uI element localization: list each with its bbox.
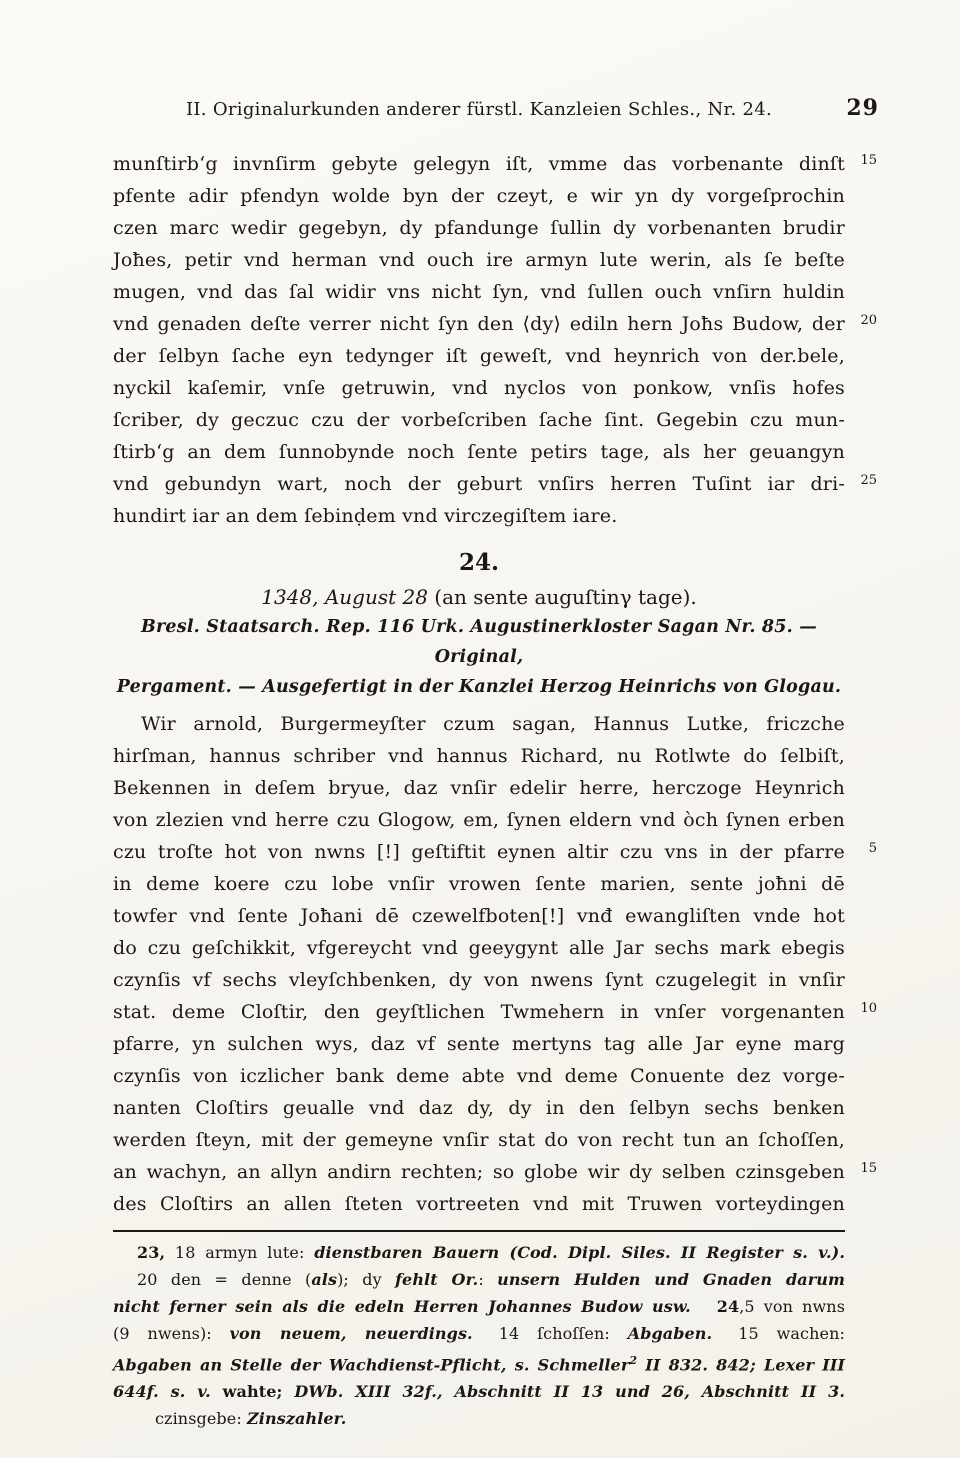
- date-roman: (an sente auguſtinγ tage).: [428, 585, 697, 609]
- provenance-line: Pergament. — Ausgefertigt in der Kanzlei…: [113, 672, 845, 702]
- line-text: in deme koere czu lobe vnſir vrowen ſent…: [113, 873, 845, 895]
- text-line: czu troſte hot von nwns [!] geſtiftit ey…: [113, 836, 845, 868]
- footnote-line: (9 nwens): von neuem, neuerdings.14 ſcho…: [113, 1320, 845, 1347]
- document-24: 24. 1348, August 28 (an sente auguſtinγ …: [113, 548, 845, 1220]
- line-text: ſcriber, dy geczuc czu der vorbeſcriben …: [113, 409, 845, 431]
- text-line: an wachyn, an allyn andirn rechten; so g…: [113, 1156, 845, 1188]
- text-line: czynſis vf sechs vleyſchbenken, dy von n…: [113, 964, 845, 996]
- line-text: mugen, vnd das ſal widir vns nicht ſyn, …: [113, 281, 845, 303]
- text-line: vnd genaden deſte verrer nicht ſyn den ⟨…: [113, 308, 845, 340]
- line-text: stat. deme Cloſtir, den geyſtlichen Twme…: [113, 1001, 845, 1023]
- footnote-line: 23, 18 armyn lute: dienstbaren Bauern (C…: [113, 1239, 845, 1266]
- superscript-edition-number: 2: [629, 1354, 637, 1367]
- line-text: ſtirb‘g an dem ſunnobynde noch ſente pet…: [113, 441, 845, 463]
- footnote-text: ); dy: [337, 1270, 395, 1289]
- date-italic: 1348, August 28: [261, 585, 428, 609]
- line-text: des Cloſtirs an allen ſteten vortreeten …: [113, 1193, 845, 1215]
- footnote-text: 15 wachen:: [738, 1324, 845, 1343]
- footnote-line: 644f. s. v. wahte; DWb. XIII 32f., Absch…: [113, 1378, 845, 1405]
- footnote-rule: [113, 1230, 845, 1232]
- text-line: Wir arnold, Burgermeyſter czum sagan, Ha…: [113, 708, 845, 740]
- line-text: Joħes, petir vnd herman vnd ouch ire arm…: [113, 249, 845, 271]
- footnote-text: 18 armyn lute:: [165, 1243, 314, 1262]
- footnote-gloss: als: [311, 1270, 337, 1289]
- margin-line-number: 15: [860, 154, 877, 167]
- footnote-text: (9 nwens):: [113, 1324, 230, 1343]
- margin-line-number: 25: [860, 474, 877, 487]
- line-text: werden ſteyn, mit der gemeyne vnſir stat…: [113, 1129, 845, 1151]
- text-line: munſtirb‘g invnſirm gebyte gelegyn iſt, …: [113, 148, 845, 180]
- footnote-text: czinsgebe:: [155, 1409, 247, 1428]
- footnote-gloss: unsern Hulden und Gnaden darum: [497, 1270, 845, 1289]
- footnote-line: Abgaben an Stelle der Wachdienst-Pflicht…: [113, 1347, 845, 1378]
- text-line: des Cloſtirs an allen ſteten vortreeten …: [113, 1188, 845, 1220]
- footnote-text: ,5 von nwns: [739, 1297, 845, 1316]
- margin-line-number: 5: [869, 842, 877, 855]
- text-line: der ſelbyn ſache eyn tedynger iſt geweſt…: [113, 340, 845, 372]
- document-23-continuation: munſtirb‘g invnſirm gebyte gelegyn iſt, …: [113, 148, 845, 532]
- scanned-book-page: II. Originalurkunden anderer fürstl. Kan…: [0, 0, 960, 1458]
- text-line: ſtirb‘g an dem ſunnobynde noch ſente pet…: [113, 436, 845, 468]
- footnote-gloss: Zinszahler.: [247, 1409, 346, 1428]
- footnote-line: czinsgebe: Zinszahler.: [113, 1405, 845, 1432]
- text-line: stat. deme Cloſtir, den geyſtlichen Twme…: [113, 996, 845, 1028]
- line-text: do czu geſchikkit, vfgereycht vnd geeygy…: [113, 937, 845, 959]
- text-line: pfente adir pfendyn wolde byn der czeyt,…: [113, 180, 845, 212]
- footnote-gloss: Abgaben.: [628, 1324, 713, 1343]
- line-text: an wachyn, an allyn andirn rechten; so g…: [113, 1161, 845, 1183]
- text-line: Bekennen in deſem bryue, daz vnſir edeli…: [113, 772, 845, 804]
- line-text: vnd gebundyn wart, noch der geburt vnſir…: [113, 473, 845, 495]
- running-header-title: II. Originalurkunden anderer fürstl. Kan…: [186, 99, 772, 120]
- footnote-text: 20 den = denne (: [137, 1270, 311, 1289]
- text-line: pfarre, yn sulchen wys, daz vf sente mer…: [113, 1028, 845, 1060]
- footnote-gloss: von neuem, neuerdings.: [230, 1324, 473, 1343]
- footnote-gloss: dienstbaren Bauern (Cod. Dipl. Siles. II…: [314, 1243, 845, 1262]
- line-text: der ſelbyn ſache eyn tedynger iſt geweſt…: [113, 345, 845, 367]
- line-text: munſtirb‘g invnſirm gebyte gelegyn iſt, …: [113, 153, 845, 175]
- text-line: mugen, vnd das ſal widir vns nicht ſyn, …: [113, 276, 845, 308]
- text-line: towfer vnd ſente Joħani dē czewelfboten[…: [113, 900, 845, 932]
- line-text: pfarre, yn sulchen wys, daz vf sente mer…: [113, 1033, 845, 1055]
- running-header: II. Originalurkunden anderer fürstl. Kan…: [113, 96, 845, 124]
- line-text: czen marc wedir gegebyn, dy pfandunge ſu…: [113, 217, 845, 239]
- footnotes: 23, 18 armyn lute: dienstbaren Bauern (C…: [113, 1239, 845, 1432]
- footnote-gloss: Abgaben an Stelle der Wachdienst-Pflicht…: [113, 1355, 629, 1374]
- footnote-text: 14 ſchoſſen:: [499, 1324, 628, 1343]
- footnote-gloss: fehlt Or.: [395, 1270, 478, 1289]
- page-number: 29: [846, 94, 879, 122]
- footnote-gloss: nicht ferner sein als die edeln Herren J…: [113, 1297, 691, 1316]
- footnote-line: nicht ferner sein als die edeln Herren J…: [113, 1293, 845, 1320]
- text-line: nyckil kaſemir, vnſe getruwin, vnd nyclo…: [113, 372, 845, 404]
- document-number: 24.: [113, 548, 845, 578]
- footnote-line: 20 den = denne (als); dy fehlt Or.: unse…: [113, 1266, 845, 1293]
- footnote-lemma: wahte;: [223, 1382, 295, 1401]
- line-text: hundirt iar an dem ſebinḍem vnd virczegi…: [113, 505, 617, 527]
- margin-line-number: 15: [860, 1162, 877, 1175]
- text-line: vnd gebundyn wart, noch der geburt vnſir…: [113, 468, 845, 500]
- line-text: von zlezien vnd herre czu Glogow, em, ſy…: [113, 809, 845, 831]
- footnote-gloss: DWb. XIII 32f., Abschnitt II 13 und 26, …: [294, 1382, 845, 1401]
- line-text: vnd genaden deſte verrer nicht ſyn den ⟨…: [113, 313, 845, 335]
- text-line: hirſman, hannus schriber vnd hannus Rich…: [113, 740, 845, 772]
- provenance-line: Bresl. Staatsarch. Rep. 116 Urk. Augusti…: [113, 612, 845, 672]
- footnote-ref: 24: [717, 1297, 739, 1316]
- line-text: nyckil kaſemir, vnſe getruwin, vnd nyclo…: [113, 377, 845, 399]
- line-text: Wir arnold, Burgermeyſter czum sagan, Ha…: [141, 713, 845, 735]
- text-line: czynſis von iczlicher bank deme abte vnd…: [113, 1060, 845, 1092]
- line-text: nanten Cloſtirs geualle vnd daz dy, dy i…: [113, 1097, 845, 1119]
- footnote-ref: 23,: [137, 1243, 165, 1262]
- footnote-gloss: II 832. 842; Lexer III: [637, 1355, 845, 1374]
- text-line: nanten Cloſtirs geualle vnd daz dy, dy i…: [113, 1092, 845, 1124]
- line-text: czu troſte hot von nwns [!] geſtiftit ey…: [113, 841, 845, 863]
- line-text: czynſis vf sechs vleyſchbenken, dy von n…: [113, 969, 845, 991]
- text-line: von zlezien vnd herre czu Glogow, em, ſy…: [113, 804, 845, 836]
- text-line: werden ſteyn, mit der gemeyne vnſir stat…: [113, 1124, 845, 1156]
- line-text: pfente adir pfendyn wolde byn der czeyt,…: [113, 185, 845, 207]
- line-text: Bekennen in deſem bryue, daz vnſir edeli…: [113, 777, 845, 799]
- footnote-text: :: [478, 1270, 497, 1289]
- line-text: towfer vnd ſente Joħani dē czewelfboten[…: [113, 905, 845, 927]
- text-line: Joħes, petir vnd herman vnd ouch ire arm…: [113, 244, 845, 276]
- text-line: hundirt iar an dem ſebinḍem vnd virczegi…: [113, 500, 845, 532]
- margin-line-number: 10: [860, 1002, 877, 1015]
- date-line: 1348, August 28 (an sente auguſtinγ tage…: [113, 582, 845, 612]
- line-text: czynſis von iczlicher bank deme abte vnd…: [113, 1065, 845, 1087]
- footnote-gloss: 644f. s. v.: [113, 1382, 223, 1401]
- line-text: hirſman, hannus schriber vnd hannus Rich…: [113, 745, 845, 767]
- text-line: czen marc wedir gegebyn, dy pfandunge ſu…: [113, 212, 845, 244]
- margin-line-number: 20: [860, 314, 877, 327]
- text-line: ſcriber, dy geczuc czu der vorbeſcriben …: [113, 404, 845, 436]
- text-line: in deme koere czu lobe vnſir vrowen ſent…: [113, 868, 845, 900]
- text-line: do czu geſchikkit, vfgereycht vnd geeygy…: [113, 932, 845, 964]
